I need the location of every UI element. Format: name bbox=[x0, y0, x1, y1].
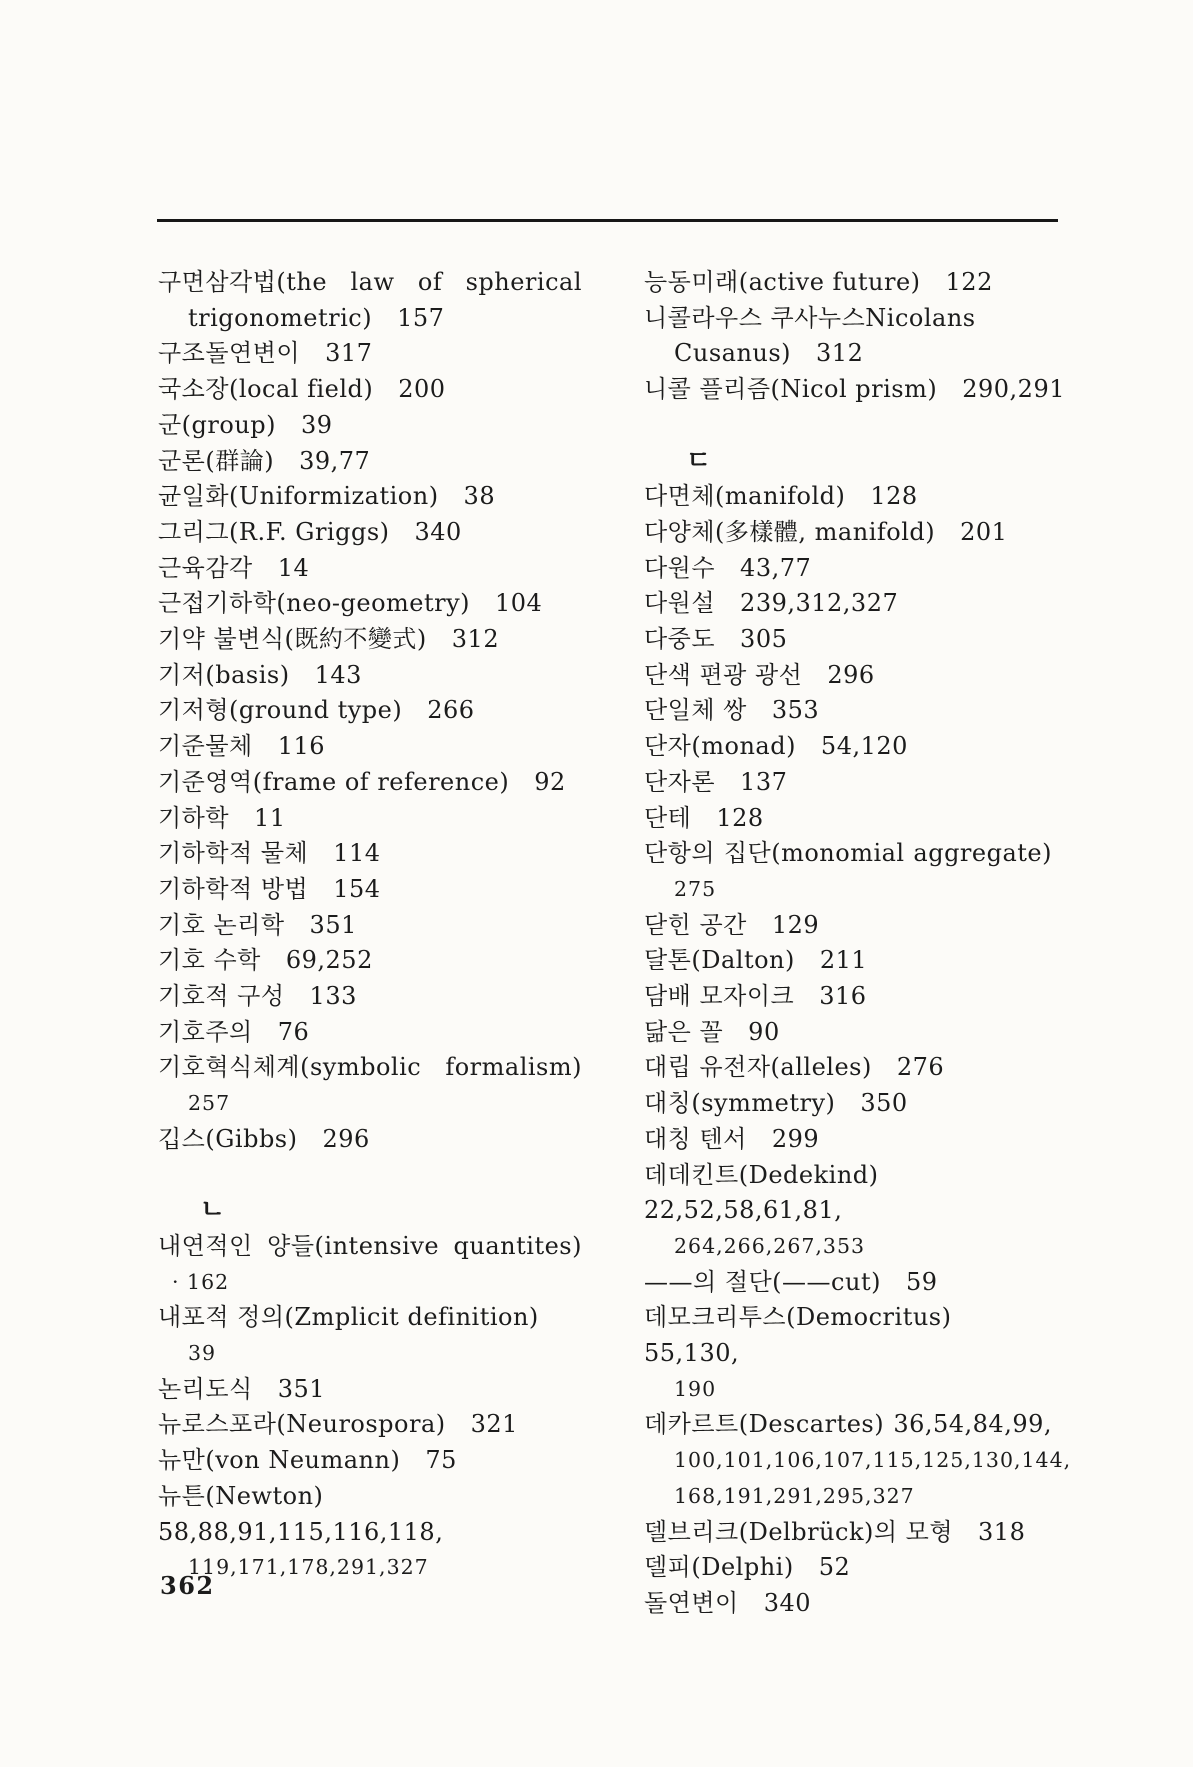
index-entry-line: 단자(monad) 54,120 bbox=[644, 729, 1052, 765]
top-rule bbox=[157, 219, 1058, 222]
index-entry-line: 돌연변이 340 bbox=[644, 1586, 1052, 1622]
index-entry-line: 논리도식 351 bbox=[158, 1372, 582, 1408]
index-entry-line: 데데킨트(Dedekind) 22,52,58,61,81, bbox=[644, 1158, 1052, 1229]
index-entry-line: 내포적 정의(Zmplicit definition) bbox=[158, 1300, 582, 1336]
continuation-line: 168,191,291,295,327 bbox=[644, 1479, 1052, 1515]
book-page: 구면삼각법(the law of sphericaltrigonometric)… bbox=[0, 0, 1193, 1767]
index-entry-line: 깁스(Gibbs) 296 bbox=[158, 1122, 582, 1158]
index-left-column: 구면삼각법(the law of sphericaltrigonometric)… bbox=[158, 265, 582, 1586]
index-entry-line: 단색 편광 광선 296 bbox=[644, 658, 1052, 694]
continuation-line: 264,266,267,353 bbox=[644, 1229, 1052, 1265]
index-entry-line: 단항의 집단(monomial aggregate) bbox=[644, 836, 1052, 872]
index-entry-line: 능동미래(active future) 122 bbox=[644, 265, 1052, 301]
continuation-line: 257 bbox=[158, 1086, 582, 1122]
index-entry-line: 기호적 구성 133 bbox=[158, 979, 582, 1015]
index-entry-line: 근접기하학(neo-geometry) 104 bbox=[158, 586, 582, 622]
index-entry-line: 구면삼각법(the law of spherical bbox=[158, 265, 582, 301]
continuation-line: Cusanus) 312 bbox=[644, 336, 1052, 372]
index-right-column: 능동미래(active future) 122니콜라우스 쿠사누스Nicolan… bbox=[644, 265, 1052, 1622]
index-entry-line: 닫힌 공간 129 bbox=[644, 908, 1052, 944]
index-entry-line: 델피(Delphi) 52 bbox=[644, 1550, 1052, 1586]
index-entry-line: 기호 논리학 351 bbox=[158, 908, 582, 944]
index-entry-line: 다양체(多樣體, manifold) 201 bbox=[644, 515, 1052, 551]
index-entry-line: 단자론 137 bbox=[644, 765, 1052, 801]
index-entry-line: ——의 절단(——cut) 59 bbox=[644, 1265, 1052, 1301]
index-entry-line: 구조돌연변이 317 bbox=[158, 336, 582, 372]
index-entry-line: 니콜라우스 쿠사누스Nicolans bbox=[644, 301, 1052, 337]
index-entry-line: 기하학 11 bbox=[158, 801, 582, 837]
index-entry-line: 기저형(ground type) 266 bbox=[158, 693, 582, 729]
index-entry-line: 균일화(Uniformization) 38 bbox=[158, 479, 582, 515]
index-entry-line: 대립 유전자(alleles) 276 bbox=[644, 1050, 1052, 1086]
index-entry-line: 뉴로스포라(Neurospora) 321 bbox=[158, 1407, 582, 1443]
index-entry-line: 기호주의 76 bbox=[158, 1015, 582, 1051]
blank-line bbox=[644, 408, 1052, 444]
continuation-line: 39 bbox=[158, 1336, 582, 1372]
index-entry-line: 대칭 텐서 299 bbox=[644, 1122, 1052, 1158]
continuation-line: trigonometric) 157 bbox=[158, 301, 582, 337]
index-entry-line: 기호 수학 69,252 bbox=[158, 943, 582, 979]
index-entry-line: 기하학적 방법 154 bbox=[158, 872, 582, 908]
section-header: ㄴ bbox=[158, 1193, 582, 1229]
index-entry-line: 근육감각 14 bbox=[158, 551, 582, 587]
index-entry-line: 단테 128 bbox=[644, 801, 1052, 837]
blank-line bbox=[158, 1158, 582, 1194]
continuation-line: 100,101,106,107,115,125,130,144, bbox=[644, 1443, 1052, 1479]
index-entry-line: 데모크리투스(Democritus) 55,130, bbox=[644, 1300, 1052, 1371]
index-entry-line: 뉴튼(Newton) 58,88,91,115,116,118, bbox=[158, 1479, 582, 1550]
index-entry-line: 기준영역(frame of reference) 92 bbox=[158, 765, 582, 801]
index-entry-line: 다원수 43,77 bbox=[644, 551, 1052, 587]
index-entry-line: 기준물체 116 bbox=[158, 729, 582, 765]
index-entry-line: 담배 모자이크 316 bbox=[644, 979, 1052, 1015]
index-entry-line: 기약 불변식(既約不變式) 312 bbox=[158, 622, 582, 658]
index-entry-line: 군(group) 39 bbox=[158, 408, 582, 444]
index-entry-line: 델브리크(Delbrück)의 모형 318 bbox=[644, 1515, 1052, 1551]
index-entry-line: 국소장(local field) 200 bbox=[158, 372, 582, 408]
index-entry-line: 단일체 쌍 353 bbox=[644, 693, 1052, 729]
index-entry-line: 그리그(R.F. Griggs) 340 bbox=[158, 515, 582, 551]
continuation-line: · 162 bbox=[158, 1265, 582, 1301]
index-entry-line: 기하학적 물체 114 bbox=[158, 836, 582, 872]
continuation-line: 119,171,178,291,327 bbox=[158, 1550, 582, 1586]
index-entry-line: 내연적인 양들(intensive quantites) bbox=[158, 1229, 582, 1265]
index-entry-line: 군론(群論) 39,77 bbox=[158, 444, 582, 480]
index-entry-line: 다원설 239,312,327 bbox=[644, 586, 1052, 622]
index-entry-line: 기호혁식체계(symbolic formalism) bbox=[158, 1050, 582, 1086]
index-entry-line: 뉴만(von Neumann) 75 bbox=[158, 1443, 582, 1479]
continuation-line: 275 bbox=[644, 872, 1052, 908]
index-entry-line: 다면체(manifold) 128 bbox=[644, 479, 1052, 515]
index-entry-line: 기저(basis) 143 bbox=[158, 658, 582, 694]
index-entry-line: 닮은 꼴 90 bbox=[644, 1015, 1052, 1051]
page-number: 362 bbox=[160, 1568, 215, 1604]
index-entry-line: 달톤(Dalton) 211 bbox=[644, 943, 1052, 979]
index-entry-line: 데카르트(Descartes) 36,54,84,99, bbox=[644, 1407, 1052, 1443]
index-entry-line: 대칭(symmetry) 350 bbox=[644, 1086, 1052, 1122]
index-entry-line: 다중도 305 bbox=[644, 622, 1052, 658]
index-entry-line: 니콜 플리즘(Nicol prism) 290,291 bbox=[644, 372, 1052, 408]
continuation-line: 190 bbox=[644, 1372, 1052, 1408]
section-header: ㄷ bbox=[644, 444, 1052, 480]
